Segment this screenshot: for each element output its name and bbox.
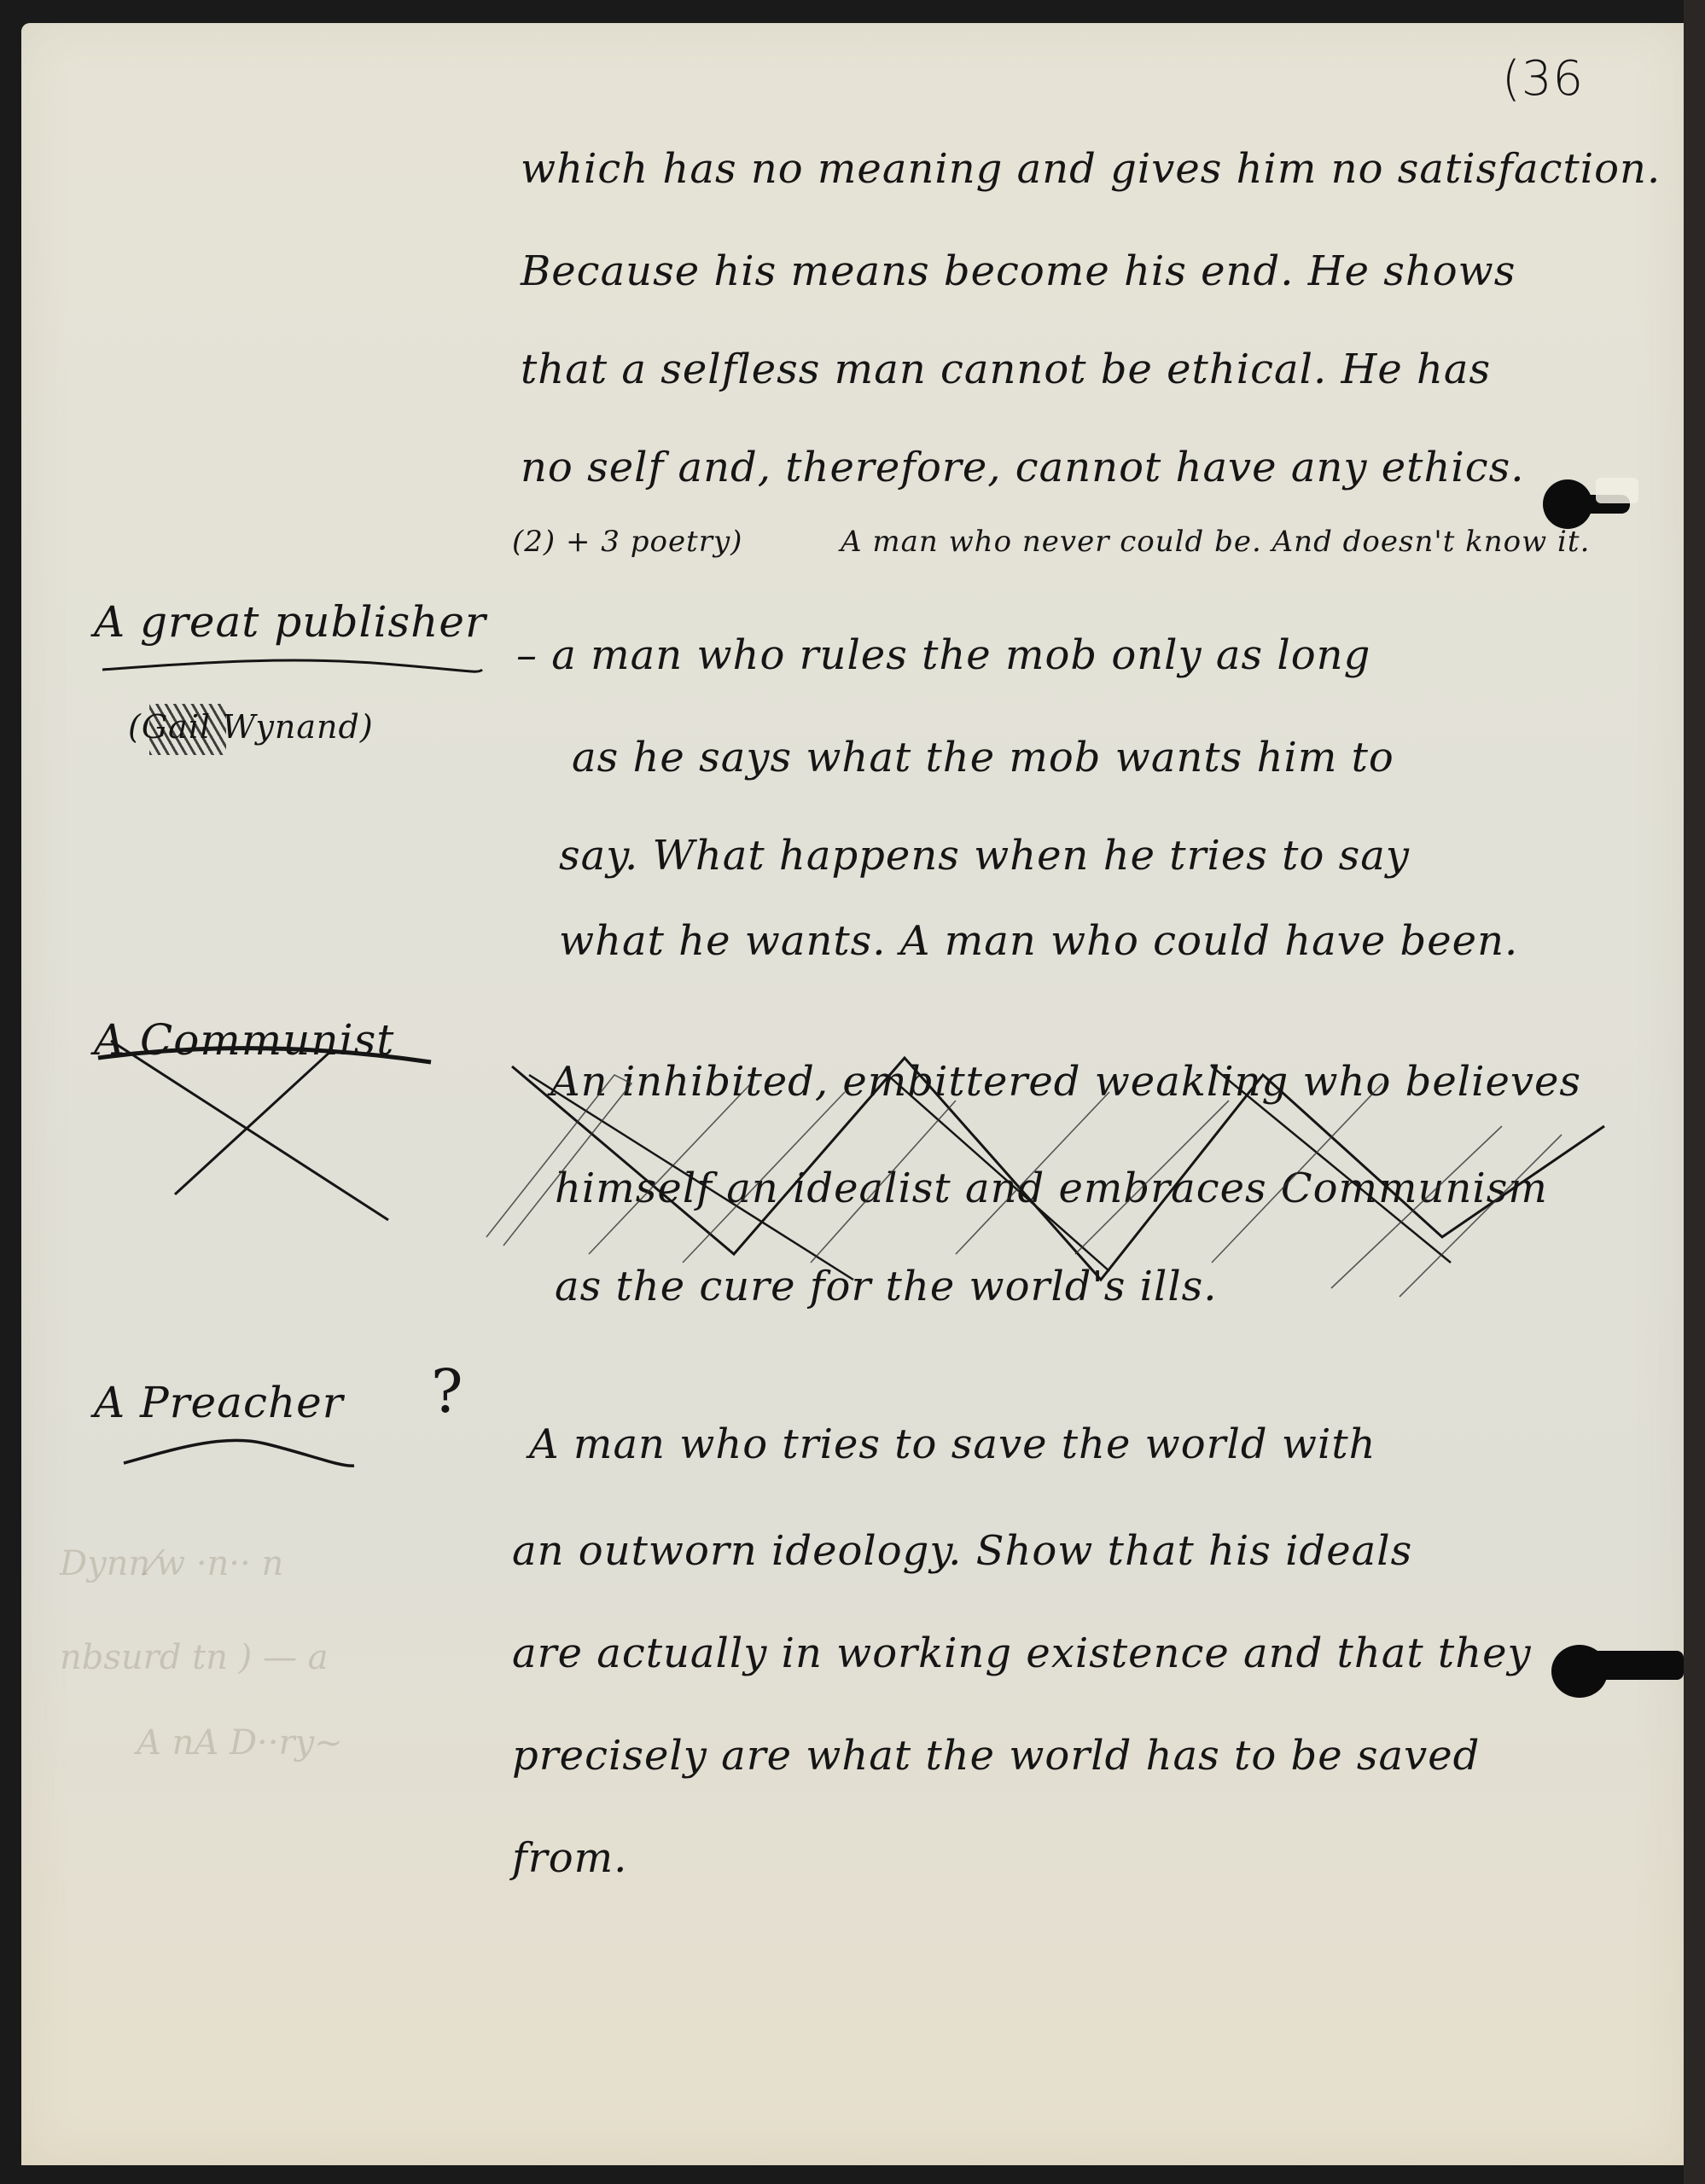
- annotation-prefix: (2) + 3 poetry): [512, 525, 742, 559]
- punch-hole-bottom-tear: [1587, 1651, 1684, 1680]
- bleed-through-text: Dynn⁄w ·n·· n: [60, 1544, 283, 1583]
- text-line: as he says what the mob wants him to: [572, 734, 1394, 781]
- section-label-preacher: A Preacher: [94, 1378, 344, 1427]
- text-line: are actually in working existence and th…: [512, 1629, 1532, 1677]
- page-number: (36: [1502, 51, 1584, 107]
- text-line: which has no meaning and gives him no sa…: [521, 145, 1661, 193]
- page-edge-shadow: [1684, 0, 1705, 2184]
- bleed-through-text: A nA D··ry~: [137, 1723, 343, 1763]
- text-line: Because his means become his end. He sho…: [521, 247, 1516, 295]
- text-line: – a man who rules the mob only as long: [516, 631, 1370, 679]
- text-line: that a selfless man cannot be ethical. H…: [521, 346, 1491, 393]
- text-line: precisely are what the world has to be s…: [512, 1732, 1480, 1780]
- text-line: say. What happens when he tries to say: [559, 832, 1410, 880]
- section-label-publisher: A great publisher: [94, 597, 486, 647]
- text-line: an outworn ideology. Show that his ideal…: [512, 1527, 1412, 1575]
- question-mark: ?: [431, 1356, 464, 1426]
- text-line-crossed: himself an idealist and embraces Communi…: [555, 1165, 1548, 1212]
- text-line: A man who tries to save the world with: [529, 1420, 1376, 1468]
- annotation-text: A man who never could be. And doesn't kn…: [841, 525, 1590, 559]
- paper-tear-top: [1596, 478, 1638, 503]
- text-line: from.: [512, 1834, 627, 1882]
- text-line: what he wants. A man who could have been…: [559, 917, 1518, 965]
- bleed-through-text: nbsurd tn ) — a: [60, 1638, 329, 1677]
- text-line: no self and, therefore, cannot have any …: [521, 444, 1524, 491]
- section-label-communist: A Communist: [94, 1015, 394, 1065]
- text-line: as the cure for the world's ills.: [555, 1263, 1218, 1310]
- text-line-crossed: An inhibited, embittered weakling who be…: [550, 1058, 1581, 1106]
- scribble-strikeout: [149, 704, 226, 755]
